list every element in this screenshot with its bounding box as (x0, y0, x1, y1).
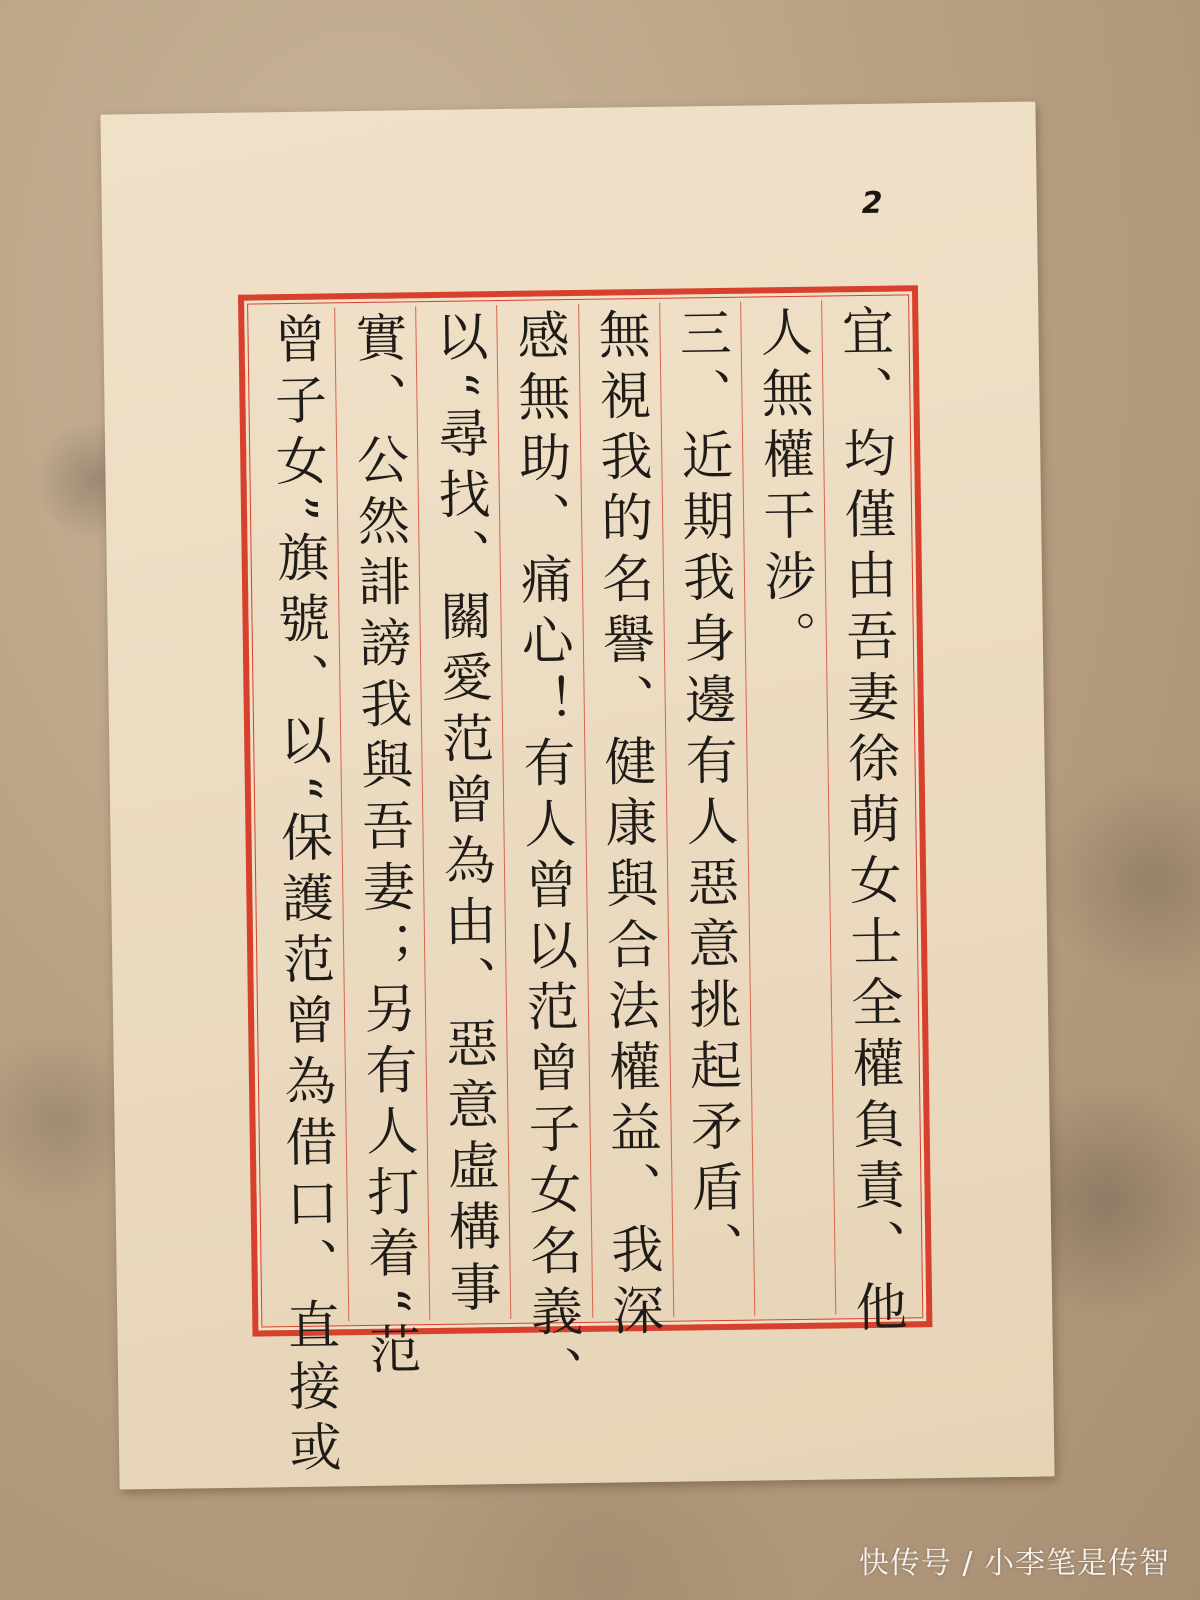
column-7: 實、公然誹謗我與吾妻；另有人打着“范 (334, 306, 429, 1321)
column-5: 感無助、痛心！有人曾以范曾子女名義、 (497, 304, 592, 1319)
watermark: 快传号 / 小李笔是传智 (859, 1538, 1170, 1582)
text-columns: 宜、均僅由吾妻徐萌女士全權負責、他 人無權干涉。 三、近期我身邊有人惡意挑起矛盾… (254, 299, 916, 1322)
column-text: 無視我的名譽、健康與合法權益、我深 (579, 307, 673, 1345)
column-text: 三、近期我身邊有人惡意挑起矛盾、 (660, 306, 754, 1283)
column-6: 以“尋找、關愛范曾為由、惡意虛構事 (415, 305, 510, 1320)
column-text: 實、公然誹謗我與吾妻；另有人打着“范 (335, 310, 430, 1384)
column-1: 宜、均僅由吾妻徐萌女士全權負責、他 (821, 299, 916, 1314)
column-text: 宜、均僅由吾妻徐萌女士全權負責、他 (822, 303, 916, 1341)
column-text: 以“尋找、關愛范曾為由、惡意虛構事 (417, 309, 511, 1322)
column-text: 人無權干涉。 (741, 305, 826, 672)
column-4: 無視我的名譽、健康與合法權益、我深 (578, 303, 673, 1318)
letter-sheet: 2 宜、均僅由吾妻徐萌女士全權負責、他 人無權干涉。 三、近期我身邊有人惡意挑起… (100, 102, 1054, 1490)
page-number: 2 (862, 186, 883, 221)
column-3: 三、近期我身邊有人惡意挑起矛盾、 (659, 302, 754, 1317)
column-text: 感無助、痛心！有人曾以范曾子女名義、 (498, 308, 593, 1407)
red-ruled-frame: 宜、均僅由吾妻徐萌女士全權負責、他 人無權干涉。 三、近期我身邊有人惡意挑起矛盾… (238, 285, 932, 1336)
column-8: 曾子女”旗號、以“保護范曾為借口、直接或 (254, 307, 348, 1322)
column-text: 曾子女”旗號、以“保護范曾為借口、直接或 (254, 311, 350, 1481)
column-2: 人無權干涉。 (740, 301, 835, 1316)
